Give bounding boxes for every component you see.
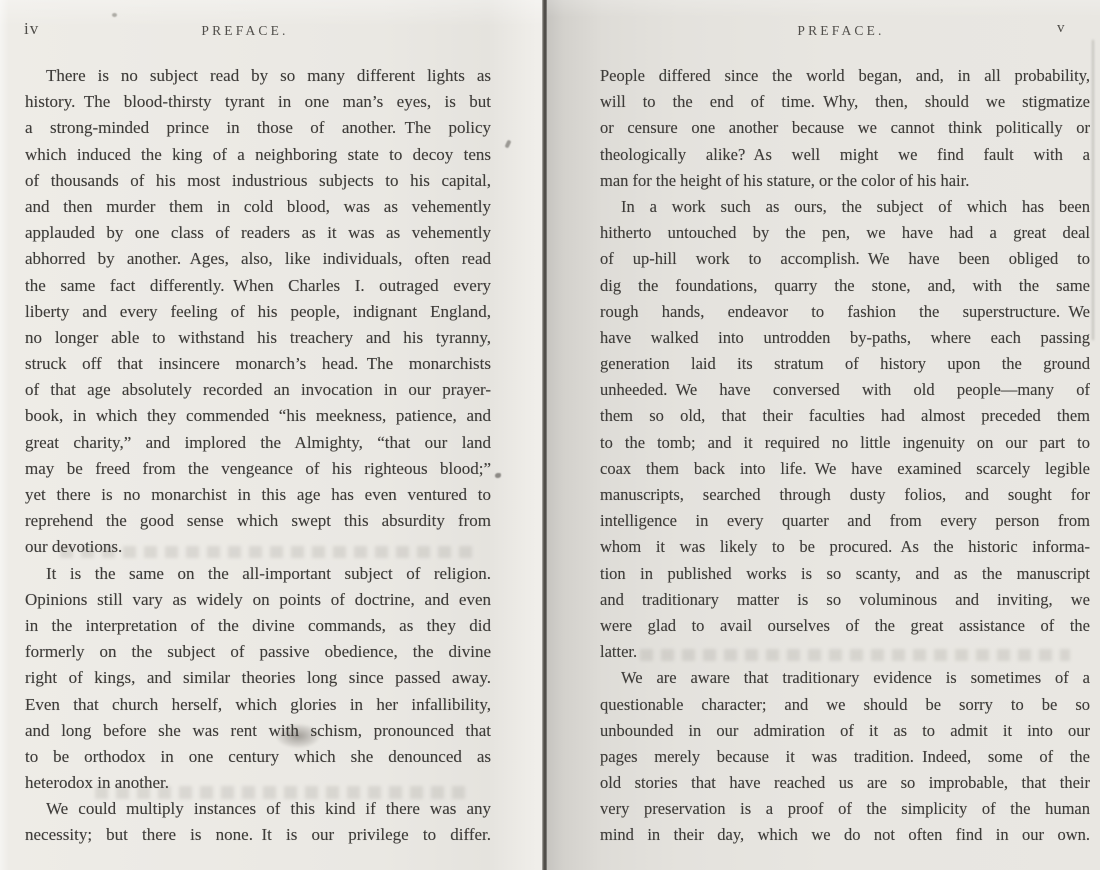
text-line: In a work such as ours, the subject of w… xyxy=(600,194,1090,220)
text-line: We could multiply instances of this kind… xyxy=(25,796,491,822)
right-running-head: PREFACE. xyxy=(797,23,884,39)
text-line: to the tomb; and it required no little i… xyxy=(600,430,1090,456)
text-line: It is the same on the all-important subj… xyxy=(25,561,491,587)
text-line: yet there is no monarchist in this age h… xyxy=(25,482,491,508)
text-line: reprehend the good sense which swept thi… xyxy=(25,508,491,534)
text-line: to be orthodox in one century which she … xyxy=(25,744,491,770)
paragraph: There is no subject read by so many diff… xyxy=(25,63,491,561)
left-page-number: iv xyxy=(24,19,39,39)
left-running-head: PREFACE. xyxy=(201,23,288,39)
right-page-text: People differed since the world began, a… xyxy=(600,63,1090,849)
text-line: in the interpretation of the divine comm… xyxy=(25,613,491,639)
text-line: may be freed from the vengeance of his r… xyxy=(25,456,491,482)
left-page-text: There is no subject read by so many diff… xyxy=(25,63,491,849)
text-line: great charity,” and implored the Almight… xyxy=(25,430,491,456)
text-line: tion in published works is so scanty, an… xyxy=(600,561,1090,587)
text-line: Opinions still vary as widely on points … xyxy=(25,587,491,613)
text-line: unbounded in our admiration of it as to … xyxy=(600,718,1090,744)
right-page-number: v xyxy=(1057,20,1066,37)
text-line: necessity; but there is none. It is our … xyxy=(25,822,491,848)
text-line: have walked into untrodden by-paths, whe… xyxy=(600,325,1090,351)
text-line: struck off that insincere monarch’s head… xyxy=(25,351,491,377)
text-line: our devotions. xyxy=(25,534,491,560)
left-page-edge xyxy=(0,0,9,870)
text-line: questionable character; and we should be… xyxy=(600,692,1090,718)
text-line: old stories that have reached us are so … xyxy=(600,770,1090,796)
text-line: history. The blood-thirsty tyrant in one… xyxy=(25,89,491,115)
text-line: of up-hill work to accomplish. We have b… xyxy=(600,246,1090,272)
text-line: latter. xyxy=(600,639,1090,665)
text-line: unheeded. We have conversed with old peo… xyxy=(600,377,1090,403)
text-line: man for the height of his stature, or th… xyxy=(600,168,1090,194)
text-line: whom it was likely to be procured. As th… xyxy=(600,534,1090,560)
text-line: the same fact differently. When Charles … xyxy=(25,273,491,299)
text-line: of that age absolutely recorded an invoc… xyxy=(25,377,491,403)
text-line: We are aware that traditionary evidence … xyxy=(600,665,1090,691)
text-line: manuscripts, searched through dusty foli… xyxy=(600,482,1090,508)
text-line: pages merely because it was tradition. I… xyxy=(600,744,1090,770)
text-line: and long before she was rent with schism… xyxy=(25,718,491,744)
paragraph: We could multiply instances of this kind… xyxy=(25,796,491,848)
text-line: theologically alike? As well might we fi… xyxy=(600,142,1090,168)
text-line: right of kings, and similar theories lon… xyxy=(25,665,491,691)
text-line: coax them back into life. We have examin… xyxy=(600,456,1090,482)
text-line: hitherto untouched by the pen, we have h… xyxy=(600,220,1090,246)
text-line: applauded by one class of readers as it … xyxy=(25,220,491,246)
text-line: book, in which they commended “his meekn… xyxy=(25,403,491,429)
text-line: which induced the king of a neighboring … xyxy=(25,142,491,168)
text-line: and then murder them in cold blood, was … xyxy=(25,194,491,220)
text-line: formerly on the subject of passive obedi… xyxy=(25,639,491,665)
text-line: There is no subject read by so many diff… xyxy=(25,63,491,89)
text-line: very preservation is a proof of the simp… xyxy=(600,796,1090,822)
paragraph: It is the same on the all-important subj… xyxy=(25,561,491,797)
text-line: and traditionary matter is so voluminous… xyxy=(600,587,1090,613)
text-line: will to the end of time. Why, then, shou… xyxy=(600,89,1090,115)
text-line: no longer able to withstand his treacher… xyxy=(25,325,491,351)
book-scan: iv PREFACE. PREFACE. v There is no subje… xyxy=(0,0,1100,870)
paragraph: People differed since the world began, a… xyxy=(600,63,1090,194)
text-line: dig the foundations, quarry the stone, a… xyxy=(600,273,1090,299)
text-line: People differed since the world began, a… xyxy=(600,63,1090,89)
text-line: generation laid its stratum of history u… xyxy=(600,351,1090,377)
text-line: them so old, that their faculties had al… xyxy=(600,403,1090,429)
text-line: a strong-minded prince in those of anoth… xyxy=(25,115,491,141)
text-line: rough hands, endeavor to fashion the sup… xyxy=(600,299,1090,325)
text-line: intelligence in every quarter and from e… xyxy=(600,508,1090,534)
text-line: Even that church herself, which glories … xyxy=(25,692,491,718)
text-line: mind in their day, which we do not often… xyxy=(600,822,1090,848)
text-line: liberty and every feeling of his people,… xyxy=(25,299,491,325)
paragraph: We are aware that traditionary evidence … xyxy=(600,665,1090,848)
text-line: abhorred by another. Ages, also, like in… xyxy=(25,246,491,272)
text-line: or censure one another because we cannot… xyxy=(600,115,1090,141)
text-line: of thousands of his most industrious sub… xyxy=(25,168,491,194)
paragraph: In a work such as ours, the subject of w… xyxy=(600,194,1090,665)
text-line: heterodox in another. xyxy=(25,770,491,796)
text-line: were glad to avail ourselves of the grea… xyxy=(600,613,1090,639)
